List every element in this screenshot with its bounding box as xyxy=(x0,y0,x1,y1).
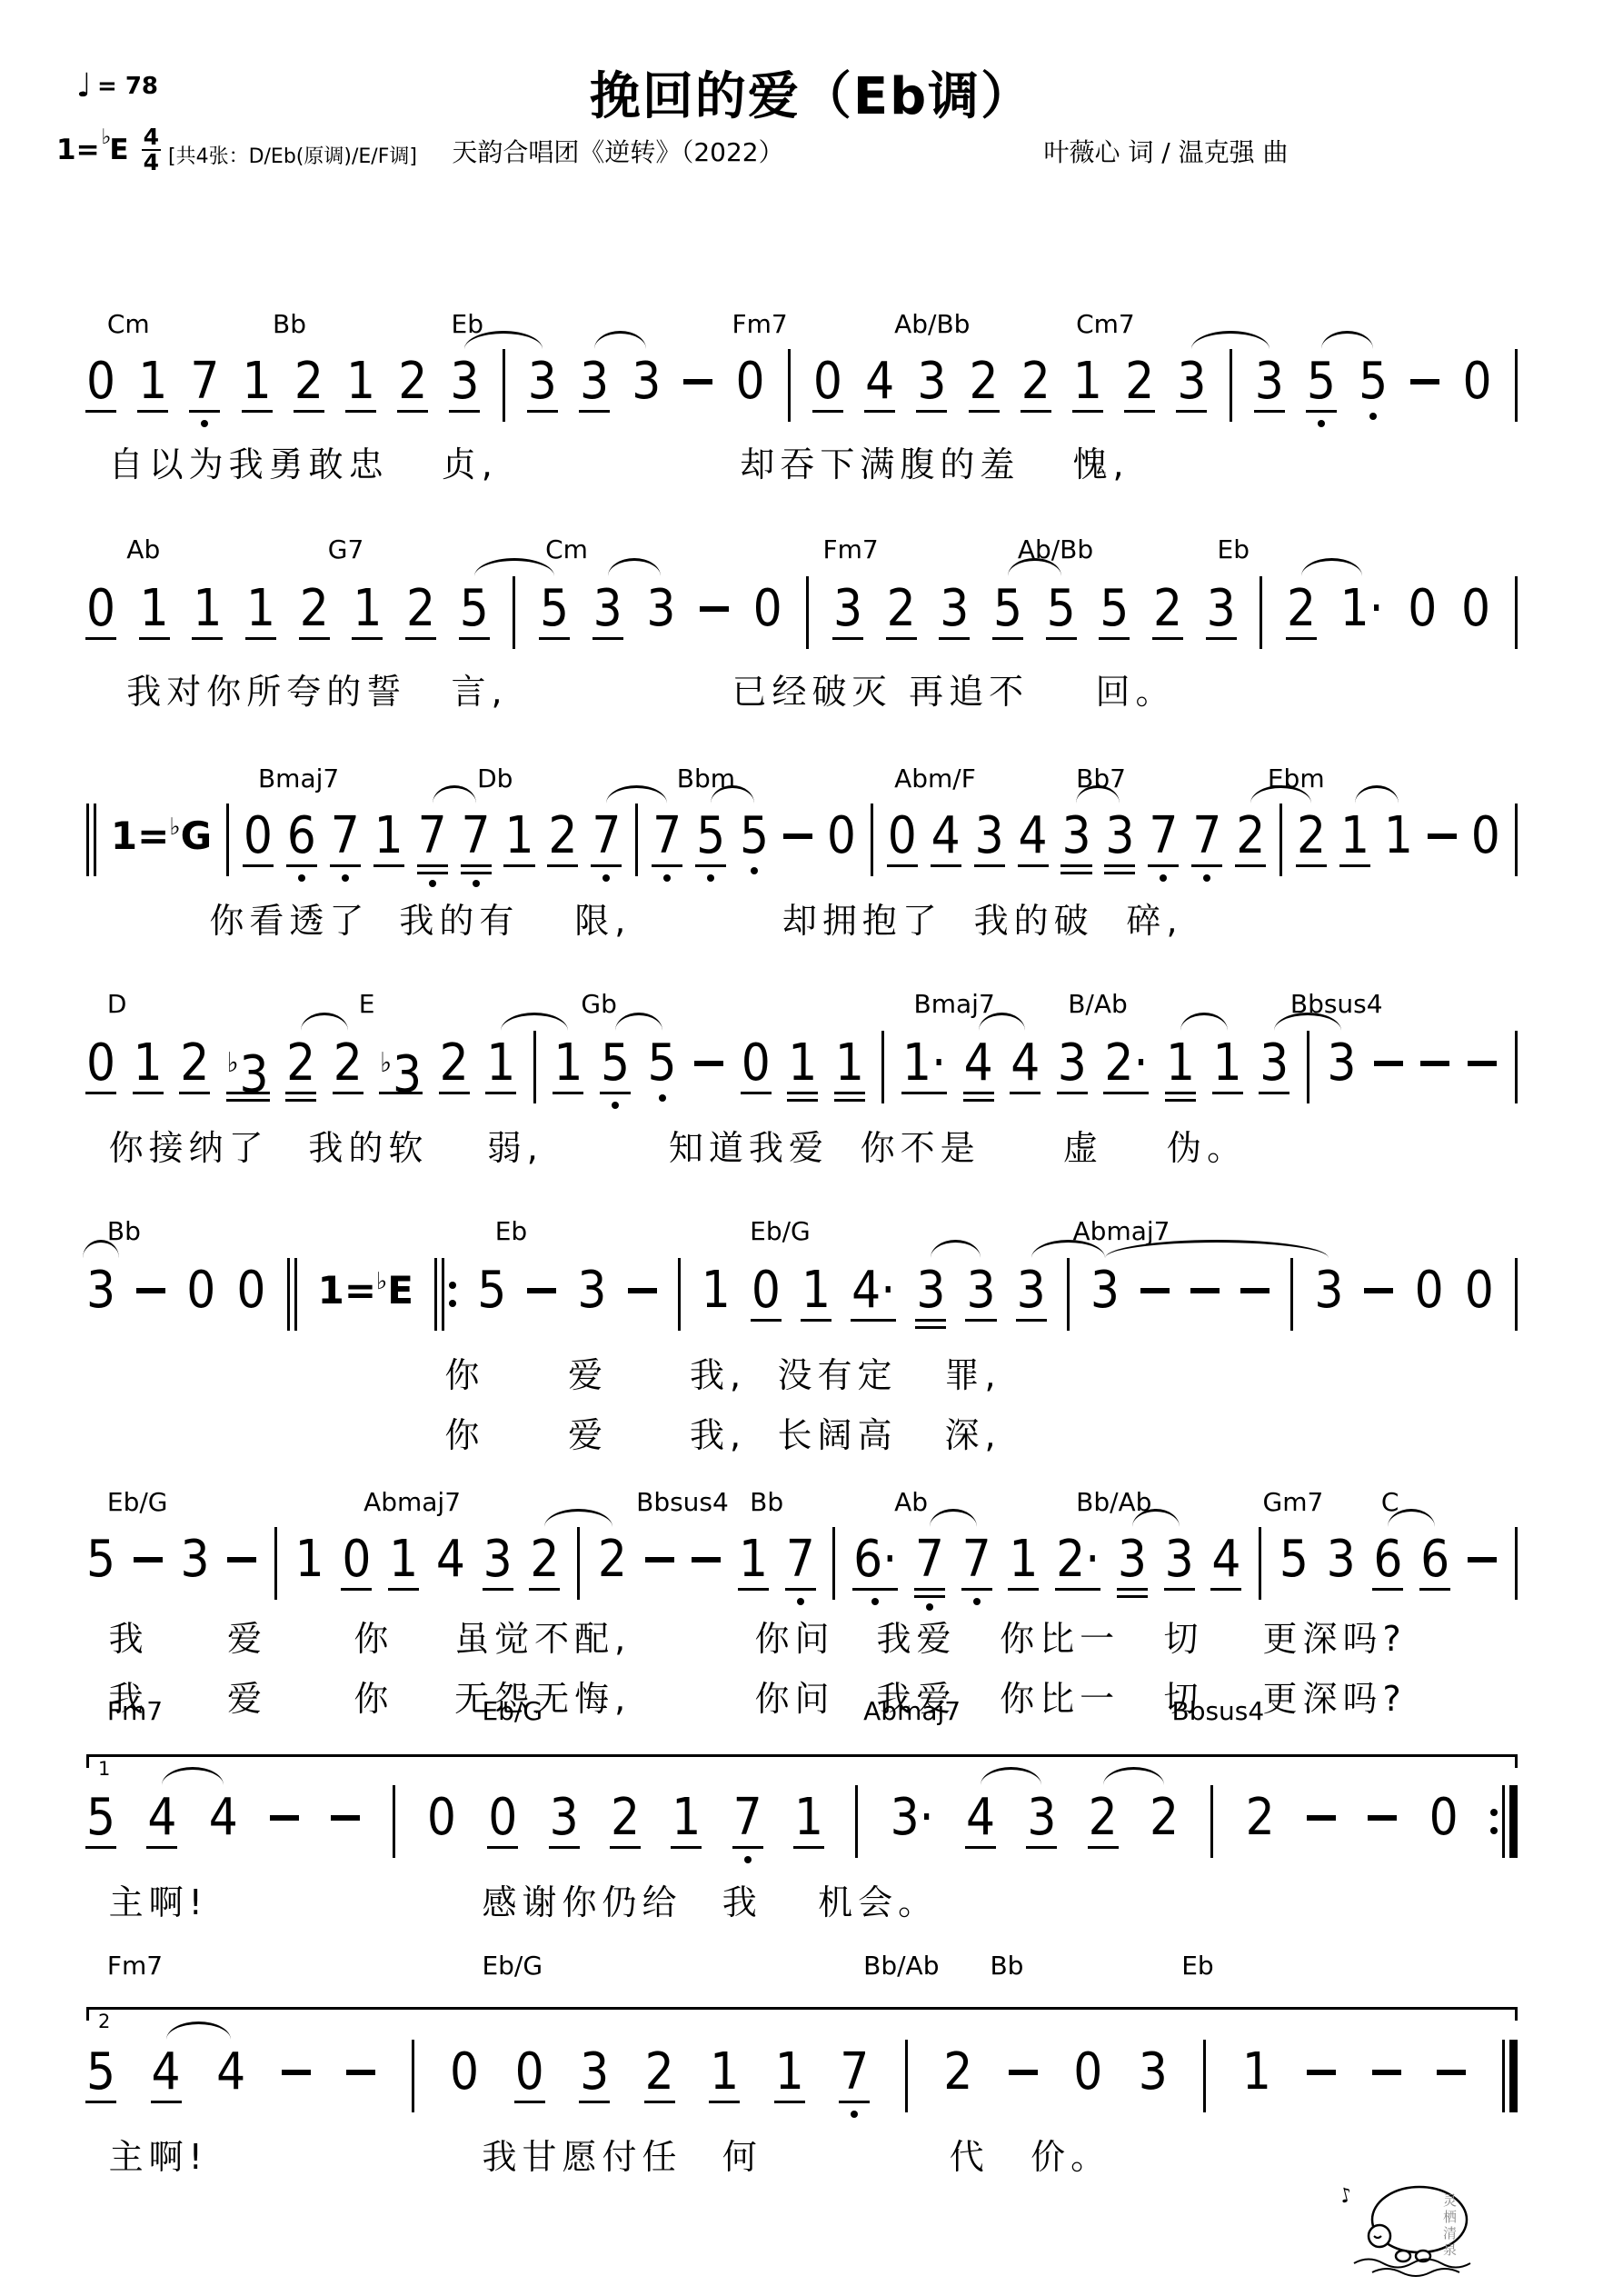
note-token: 3 xyxy=(646,584,675,634)
barline-s xyxy=(226,804,229,876)
lyric-text: 你比一 xyxy=(1000,1671,1120,1721)
note-token: 4 xyxy=(147,1792,176,1843)
lyric-text: 弱, xyxy=(487,1120,543,1170)
note-token: 2 xyxy=(286,1038,315,1089)
lyric-text: 已经破灭 xyxy=(732,664,891,714)
slur-arc xyxy=(1103,1767,1164,1785)
dash-extender xyxy=(645,1534,674,1585)
note-token: 5 xyxy=(696,811,725,862)
beam-line xyxy=(1165,1092,1196,1094)
lyric-text: 罪, xyxy=(944,1347,1001,1397)
note-token: 0 xyxy=(888,811,917,862)
note-token: 0 xyxy=(736,356,765,407)
note-token: 0 xyxy=(1462,356,1491,407)
note-token: 5 xyxy=(1307,356,1336,407)
chord-label: Gm7 xyxy=(1263,1487,1324,1517)
barline-s xyxy=(1515,1031,1518,1103)
note-token: 1 xyxy=(775,2047,804,2098)
beam-line xyxy=(245,637,276,640)
octave-dot xyxy=(201,420,208,427)
time-signature: 4 4 xyxy=(142,125,161,175)
beam-line xyxy=(915,1319,946,1322)
beam-line xyxy=(1191,864,1222,867)
bar-line xyxy=(287,1258,290,1331)
note-token: 2 xyxy=(611,1792,640,1843)
note-token: 3 xyxy=(450,356,479,407)
note-token: 5 xyxy=(1279,1534,1309,1585)
dash-line xyxy=(331,1815,360,1821)
note-token: 3 xyxy=(483,1534,513,1585)
beam-line xyxy=(1088,1846,1119,1849)
beam-line xyxy=(529,1588,560,1591)
note-token: 3 xyxy=(550,1792,579,1843)
note-token: 1 xyxy=(702,1265,731,1316)
bar-line xyxy=(442,1258,444,1331)
slur-arc xyxy=(981,1767,1041,1785)
beam-line xyxy=(439,1092,470,1094)
lyric-text: 虽觉不配, xyxy=(454,1611,631,1661)
flat-icon: ♭ xyxy=(376,1268,387,1295)
barline-s xyxy=(881,1031,884,1103)
note-token: 0 xyxy=(86,1038,115,1089)
chord-label: Ab xyxy=(126,534,160,564)
slur-arc xyxy=(1355,785,1399,804)
lyric-text: 爱 xyxy=(568,1407,608,1457)
note-token: 2 xyxy=(1125,356,1154,407)
beam-line xyxy=(1212,1092,1243,1094)
beam-line xyxy=(741,1092,772,1094)
lyric-text: 感谢你仍给 xyxy=(482,1874,682,1924)
beam-line xyxy=(1296,864,1327,867)
beam-line xyxy=(85,410,116,413)
note-token: 3 xyxy=(1118,1534,1147,1585)
lyric-text: 虚 xyxy=(1063,1120,1103,1170)
dash-line xyxy=(1190,1288,1220,1293)
lyric-text: 我爱 xyxy=(876,1611,956,1661)
chord-label: D xyxy=(107,989,127,1019)
barline-s xyxy=(1307,1031,1309,1103)
octave-dot xyxy=(1369,413,1377,420)
note-token: 3 xyxy=(1027,1792,1056,1843)
note-token: 1 xyxy=(739,1534,768,1585)
note-token: 3 xyxy=(1139,2047,1168,2098)
chord-label: Bbsus4 xyxy=(636,1487,729,1517)
beam-line xyxy=(832,637,863,640)
octave-dot xyxy=(871,1598,879,1605)
beam-line xyxy=(85,1846,116,1849)
note-token: 0 xyxy=(1461,584,1490,634)
note-token: 5 xyxy=(648,1038,677,1089)
note-token: 2 xyxy=(406,584,435,634)
dash-line xyxy=(1364,1288,1393,1293)
beam-line xyxy=(801,1319,831,1322)
note-token: 0 xyxy=(186,1265,215,1316)
bar-line xyxy=(806,576,809,649)
lyric-text: 我 xyxy=(722,1874,762,1924)
beam-line xyxy=(553,1092,583,1094)
octave-dot xyxy=(663,874,671,882)
chord-label: Bbsus4 xyxy=(1171,1696,1264,1726)
notes-row: 017121233330043221233550 xyxy=(86,356,1518,422)
note-token: 1 xyxy=(672,1792,701,1843)
chord-label: Bb/Ab xyxy=(863,1951,939,1981)
lyric-text: 我, xyxy=(690,1347,746,1397)
dash-extender xyxy=(694,1038,723,1089)
note-token: 4 xyxy=(865,356,894,407)
note-token: 1 xyxy=(1384,811,1413,862)
beam-line xyxy=(1306,410,1337,413)
note-token: 2 xyxy=(598,1534,627,1585)
note-token: 2 xyxy=(1236,811,1265,862)
note-token: 3 xyxy=(1090,1265,1120,1316)
beam-line xyxy=(352,637,383,640)
slur-arc xyxy=(931,1240,981,1258)
bar-line xyxy=(881,1031,884,1103)
barline-f xyxy=(1502,2040,1518,2112)
beam-line xyxy=(1176,410,1207,413)
chord-label: Fm7 xyxy=(732,309,787,339)
note-token: 2 xyxy=(1297,811,1326,862)
barline-s xyxy=(855,1785,858,1858)
dash-extender xyxy=(1420,1038,1449,1089)
bar-line xyxy=(1515,1258,1518,1331)
note-token: 7 xyxy=(733,1792,762,1843)
note-token: 6 xyxy=(1420,1534,1449,1585)
beam-line xyxy=(834,1092,865,1094)
beam-line xyxy=(373,864,404,867)
lyric-text: 切 xyxy=(1164,1611,1204,1661)
beam-line-2 xyxy=(963,1099,994,1102)
chord-label: Bb xyxy=(273,309,306,339)
beam-line xyxy=(137,410,168,413)
beam-line xyxy=(146,1846,177,1849)
beam-line xyxy=(671,1846,702,1849)
bar-line xyxy=(1260,576,1262,649)
bar-line xyxy=(832,1527,835,1600)
note-token: 0 xyxy=(827,811,856,862)
repeat-dot xyxy=(449,1300,456,1307)
beam-line xyxy=(965,1846,996,1849)
note-token: 2 xyxy=(1287,584,1316,634)
note-token: 3 xyxy=(1105,811,1134,862)
beam-line xyxy=(226,1092,270,1094)
dash-extender xyxy=(331,1792,360,1843)
lyric-text: 限, xyxy=(574,893,631,943)
lyric-text: 你问 xyxy=(754,1611,834,1661)
chord-label: Eb xyxy=(1181,1951,1213,1981)
note-token: 1 xyxy=(802,1265,831,1316)
bar-line xyxy=(1502,1785,1505,1858)
dash-line xyxy=(1372,2070,1401,2075)
beam-line xyxy=(333,1092,363,1094)
barline-s xyxy=(577,1527,580,1600)
octave-dot xyxy=(707,874,714,882)
volta-number: 1 xyxy=(98,1758,110,1780)
note-token: 4 xyxy=(436,1534,465,1585)
lyric-text: 主啊! xyxy=(109,1874,208,1924)
lyric-text: 愧, xyxy=(1073,436,1130,486)
dash-extender xyxy=(1428,811,1457,862)
beam-line xyxy=(1339,864,1370,867)
dash-extender xyxy=(1368,1792,1397,1843)
lyric-text: 机会。 xyxy=(818,1874,938,1924)
note-token: 3 xyxy=(1165,1534,1194,1585)
note-token: 3 xyxy=(1207,584,1236,634)
note-token: 3 xyxy=(632,356,661,407)
beam-line xyxy=(294,410,324,413)
key-note: [共4张：D/Eb(原调)/E/F调] xyxy=(168,141,417,169)
note-token: 3 xyxy=(1061,811,1090,862)
dash-line xyxy=(527,1288,556,1293)
barline-s xyxy=(1279,804,1282,876)
note-token: 1 xyxy=(1073,356,1102,407)
bar-line xyxy=(294,1258,297,1331)
note-token: 3 xyxy=(528,356,557,407)
lyric-text: 我的软 xyxy=(308,1120,428,1170)
beam-line xyxy=(695,864,726,867)
beam-line xyxy=(503,864,534,867)
beam-line-2 xyxy=(834,1099,865,1102)
slur-arc xyxy=(474,558,554,576)
note-token: 2 xyxy=(530,1534,559,1585)
note-token: 3 xyxy=(940,584,969,634)
beam-line-2 xyxy=(1060,872,1091,874)
note-token: 1 xyxy=(138,356,167,407)
lyric-text: 我的有 xyxy=(399,893,519,943)
lyric-text: 长阔高 xyxy=(777,1407,897,1457)
note-token: 0 xyxy=(753,584,782,634)
chord-label: Ab/Bb xyxy=(894,309,970,339)
beam-line xyxy=(388,1588,419,1591)
lyric-text: 我甘愿付任 xyxy=(482,2129,682,2179)
note-token: 3 xyxy=(580,356,609,407)
dash-line xyxy=(1468,1061,1497,1066)
beam-line xyxy=(1419,1588,1450,1591)
beam-line xyxy=(1235,864,1266,867)
flat-icon: ♭ xyxy=(169,814,180,841)
note-token: 2· xyxy=(1104,1038,1148,1089)
bar-line xyxy=(855,1785,858,1858)
beam-line xyxy=(1286,637,1317,640)
note-token: ♭3 xyxy=(380,1038,422,1101)
note-token: 6· xyxy=(853,1534,897,1585)
barline-s xyxy=(1515,576,1518,649)
slur-arc xyxy=(301,1013,348,1031)
beam-line xyxy=(1010,1092,1041,1094)
credits: 叶薇心 词 / 温克强 曲 xyxy=(1043,133,1288,169)
beam-line xyxy=(1210,1588,1241,1591)
note-token: 7 xyxy=(915,1534,944,1585)
barline-s xyxy=(1067,1258,1070,1331)
beam-line xyxy=(1124,410,1155,413)
barline-s xyxy=(503,349,505,422)
beam-line xyxy=(85,2101,116,2103)
notes-row: 3001=♭E531014·3333300 xyxy=(86,1265,1518,1331)
lyric-text: 再追不 xyxy=(909,664,1029,714)
chord-label: Bmaj7 xyxy=(914,989,995,1019)
note-token: 7 xyxy=(786,1534,815,1585)
dash-line xyxy=(227,1557,256,1562)
note-token: 2 xyxy=(334,1038,363,1089)
octave-dot xyxy=(342,874,349,882)
note-token: 1 xyxy=(246,584,275,634)
beam-line xyxy=(1254,410,1285,413)
lyric-text: 没有定 xyxy=(777,1347,897,1397)
lyric-text: 深, xyxy=(944,1407,1001,1457)
note-token: 3 xyxy=(966,1265,995,1316)
note-token: 3 xyxy=(1327,1534,1356,1585)
chord-label: Abmaj7 xyxy=(863,1696,961,1726)
chord-label: Fm7 xyxy=(107,1696,163,1726)
lyric-text: 碎, xyxy=(1126,893,1182,943)
octave-dot xyxy=(1318,420,1325,427)
dash-line xyxy=(1428,834,1457,839)
lyric-text: 你 xyxy=(353,1611,393,1661)
page-title: 挽回的爱（Eb调） xyxy=(0,56,1623,129)
lyric-text: 伪。 xyxy=(1167,1120,1247,1170)
beam-line xyxy=(965,1319,996,1322)
lyric-text: 回。 xyxy=(1096,664,1176,714)
octave-dot xyxy=(926,1603,933,1611)
bar-line xyxy=(434,1258,437,1331)
note-token: 2 xyxy=(180,1038,209,1089)
dash-line xyxy=(1307,1815,1336,1821)
beam-line-2 xyxy=(787,1099,818,1102)
beam-line xyxy=(939,637,970,640)
beam-line xyxy=(1046,637,1077,640)
barline-s xyxy=(1230,349,1232,422)
barline-s xyxy=(274,1527,277,1600)
beam-line xyxy=(1164,1588,1195,1591)
bar-line xyxy=(1067,1258,1070,1331)
beam-line xyxy=(774,2101,805,2103)
beam-line-2 xyxy=(461,872,492,874)
bar-line xyxy=(274,1527,277,1600)
barline-s xyxy=(871,804,873,876)
lyric-text: 主啊! xyxy=(109,2129,208,2179)
barline-s xyxy=(1260,576,1262,649)
beam-line xyxy=(405,637,436,640)
inline-key-signature: 1=♭G xyxy=(111,811,212,867)
dash-extender xyxy=(1468,1534,1497,1585)
note-token: 2 xyxy=(398,356,427,407)
lyric-text: 我 xyxy=(109,1611,149,1661)
chord-label: Ab xyxy=(894,1487,928,1517)
beam-line xyxy=(812,410,843,413)
note-token: 5 xyxy=(1100,584,1129,634)
dash-extender xyxy=(1240,1265,1270,1316)
lyric-text: 价。 xyxy=(1031,2129,1110,2179)
lyric-text: 你接纳了 xyxy=(109,1120,269,1170)
lyric-text: 更深吗? xyxy=(1263,1611,1407,1661)
note-token: 3 xyxy=(86,1265,115,1316)
barline-s xyxy=(1210,1785,1213,1858)
note-token: 5 xyxy=(1359,356,1388,407)
chord-label: B/Ab xyxy=(1068,989,1128,1019)
note-token: 2 xyxy=(645,2047,674,2098)
barline-s xyxy=(635,804,638,876)
note-token: 1 xyxy=(1340,811,1369,862)
key-letter: E xyxy=(109,134,128,166)
barline-s xyxy=(1259,1527,1261,1600)
barline-s xyxy=(905,2040,908,2112)
beam-line xyxy=(449,410,480,413)
repeat-dot xyxy=(1490,1809,1498,1816)
lyric-text: 你 xyxy=(444,1407,484,1457)
beam-line xyxy=(1072,410,1103,413)
dash-extender xyxy=(692,1534,721,1585)
note-token: 0 xyxy=(1408,584,1437,634)
beam-line xyxy=(483,1588,513,1591)
note-token: 7 xyxy=(1149,811,1178,862)
bar-line xyxy=(1515,1031,1518,1103)
dash-line xyxy=(694,1061,723,1066)
watermark-logo: ♪ 灵栖清泉 xyxy=(1336,2172,1499,2281)
dash-extender xyxy=(227,1534,256,1585)
beam-line-2 xyxy=(1104,872,1135,874)
beam-line xyxy=(600,1092,631,1094)
beam-line xyxy=(1008,1588,1039,1591)
note-token: 2 xyxy=(970,356,999,407)
note-token: 5 xyxy=(460,584,489,634)
dash-line xyxy=(136,1288,165,1293)
dash-extender xyxy=(136,1265,165,1316)
dash-extender xyxy=(527,1265,556,1316)
chord-label: G7 xyxy=(328,534,364,564)
repeat-dot xyxy=(1490,1827,1498,1834)
lyric-text: 爱 xyxy=(568,1347,608,1397)
note-token: 6 xyxy=(287,811,316,862)
barline-s xyxy=(513,576,515,649)
dash-extender xyxy=(1190,1265,1220,1316)
note-token: 3 xyxy=(1058,1038,1087,1089)
repeat-dot xyxy=(449,1282,456,1289)
bar-line xyxy=(533,1031,536,1103)
note-token: 1 xyxy=(193,584,222,634)
note-token: 2 xyxy=(1246,1792,1275,1843)
beam-line xyxy=(1372,1588,1403,1591)
bar-line xyxy=(393,1785,395,1858)
note-token: 1 xyxy=(1166,1038,1195,1089)
beam-line xyxy=(579,410,610,413)
beam-line-2 xyxy=(1117,1595,1148,1598)
volta-number: 2 xyxy=(98,2011,110,2032)
note-token: 1 xyxy=(553,1038,582,1089)
beam-line xyxy=(85,1092,116,1094)
note-token: 0 xyxy=(427,1792,456,1843)
chord-label: Eb xyxy=(1218,534,1250,564)
note-token: 4 xyxy=(209,1792,238,1843)
chord-label: Abm/F xyxy=(894,764,976,794)
note-token: 2 xyxy=(300,584,329,634)
note-token: 1 xyxy=(486,1038,515,1089)
note-token: 5 xyxy=(86,2047,115,2098)
lyric-text: 你 xyxy=(353,1671,393,1721)
chord-label: Eb/G xyxy=(750,1216,811,1246)
beam-line xyxy=(887,864,918,867)
note-token: 1 xyxy=(1213,1038,1242,1089)
beam-line xyxy=(864,410,895,413)
lyric-text: 贞, xyxy=(442,436,498,486)
slur-arc xyxy=(606,785,667,804)
beam-line xyxy=(1148,864,1179,867)
dash-extender xyxy=(683,356,712,407)
chord-label: Bb xyxy=(750,1487,783,1517)
lyric-text: 代 xyxy=(950,2129,990,2179)
beam-line xyxy=(179,1092,210,1094)
note-token: 1 xyxy=(134,1038,163,1089)
bar-line xyxy=(94,804,96,876)
